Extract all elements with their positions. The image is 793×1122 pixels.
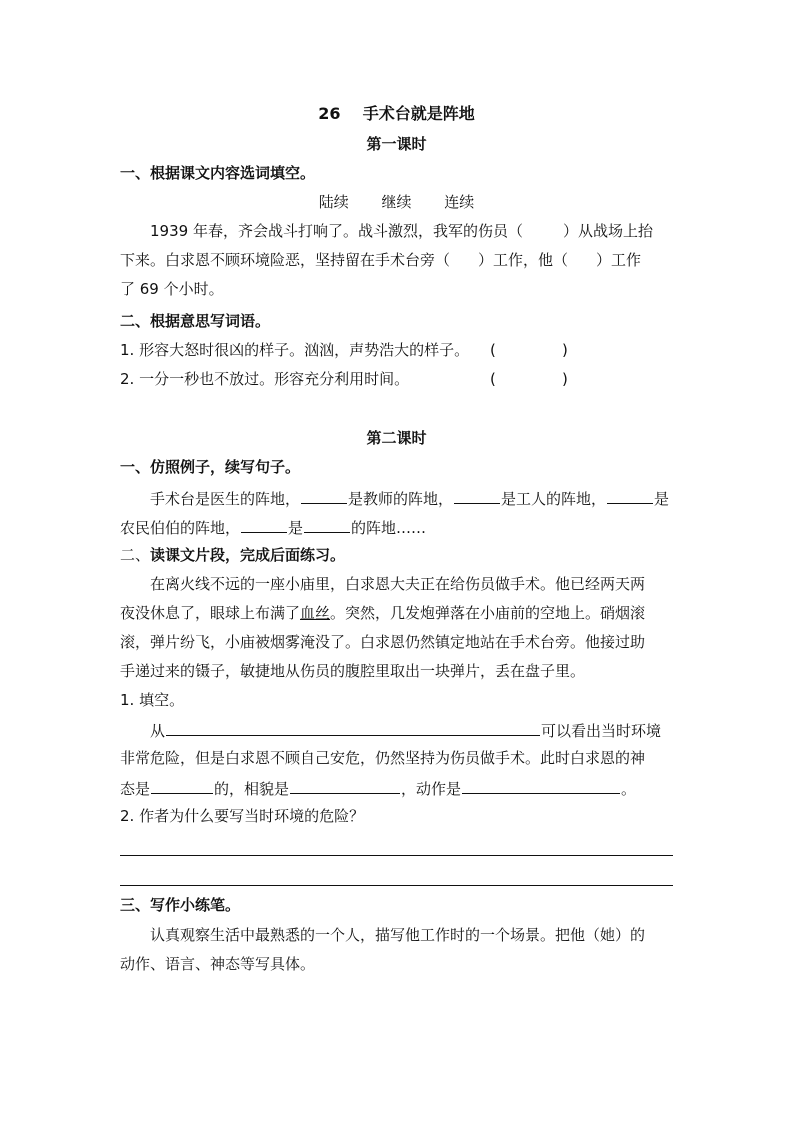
- sentence-blank-2[interactable]: [454, 487, 500, 504]
- word-bank-item: 继续: [381, 192, 411, 212]
- l2-s1-line2: 农民伯伯的阵地，是的阵地……: [120, 516, 673, 538]
- sentence-text: 的阵地……: [351, 519, 426, 537]
- section-number: 二、: [120, 546, 150, 564]
- sentence-text: 是教师的阵地，: [348, 490, 453, 508]
- q1-text: 的，相貌是: [214, 780, 289, 798]
- q1-label: 1. 填空。: [120, 690, 673, 710]
- l1-paragraph-line1: 1939 年春，齐会战斗打响了。战斗激烈，我军的伤员（）从战场上抬: [120, 221, 673, 241]
- writing-prompt-line2: 动作、语言、神态等写具体。: [120, 954, 673, 974]
- paragraph-text: ）从战场上抬: [563, 222, 653, 240]
- sentence-text: 是: [288, 519, 303, 537]
- passage-text: 夜没休息了，眼球上布满了: [120, 604, 300, 622]
- answer-close-paren: ): [562, 340, 568, 360]
- word-bank-item: 陆续: [319, 192, 349, 212]
- q1-blank-appearance[interactable]: [290, 777, 400, 794]
- l1-s2-item-2: 2. 一分一秒也不放过。形容充分利用时间。 ( ): [120, 369, 673, 389]
- q1-blank-expression[interactable]: [151, 777, 213, 794]
- q1-blank-source[interactable]: [166, 719, 540, 736]
- l1-paragraph-line2: 下来。白求恩不顾环境险恶，坚持留在手术台旁（）工作，他（）工作: [120, 250, 673, 270]
- q1-text: 。: [621, 780, 636, 798]
- sentence-text: 手术台是医生的阵地，: [150, 490, 300, 508]
- passage-line2: 夜没休息了，眼球上布满了血丝。突然，几发炮弹落在小庙前的空地上。硝烟滚: [120, 603, 673, 623]
- q2-label: 2. 作者为什么要写当时环境的危险？: [120, 806, 673, 826]
- lesson-title: 手术台就是阵地: [363, 104, 475, 123]
- answer-open-paren: (: [490, 340, 496, 360]
- q1-text: 从: [150, 722, 165, 740]
- answer-blank-2[interactable]: [502, 369, 560, 387]
- paragraph-text: ）工作: [596, 251, 641, 269]
- sentence-text: 农民伯伯的阵地，: [120, 519, 240, 537]
- paragraph-text: 1939 年春，齐会战斗打响了。战斗激烈，我军的伤员（: [150, 222, 523, 240]
- sentence-text: 是: [654, 490, 669, 508]
- lesson1-heading: 第一课时: [120, 134, 673, 154]
- q1-text: 态是: [120, 780, 150, 798]
- q1-text: 可以看出当时环境: [541, 722, 661, 740]
- paragraph-text: 下来。白求恩不顾环境险恶，坚持留在手术台旁（: [120, 251, 450, 269]
- word-bank-item: 连续: [444, 192, 474, 212]
- l2-section1-label: 一、仿照例子，续写句子。: [120, 457, 673, 477]
- l2-section2-label: 二、读课文片段，完成后面练习。: [120, 545, 673, 565]
- l2-section3-label: 三、写作小练笔。: [120, 895, 673, 915]
- q1-line3: 态是的，相貌是，动作是。: [120, 777, 673, 799]
- lesson-number: 26: [318, 104, 340, 123]
- l1-section2-label: 二、根据意思写词语。: [120, 311, 673, 331]
- answer-blank-1[interactable]: [502, 340, 560, 358]
- sentence-text: 是工人的阵地，: [501, 490, 606, 508]
- sentence-blank-4[interactable]: [241, 516, 287, 533]
- l1-paragraph-line3: 了 69 个小时。: [120, 279, 673, 299]
- answer-line-1[interactable]: [120, 855, 673, 856]
- q1-line1: 从可以看出当时环境: [120, 719, 673, 741]
- q1-blank-action[interactable]: [462, 777, 620, 794]
- sentence-blank-5[interactable]: [304, 516, 350, 533]
- passage-line1: 在离火线不远的一座小庙里，白求恩大夫正在给伤员做手术。他已经两天两: [120, 574, 673, 594]
- word-bank: 陆续 继续 连续: [120, 192, 673, 212]
- answer-open-paren: (: [490, 369, 496, 389]
- passage-line3: 滚，弹片纷飞，小庙被烟雾淹没了。白求恩仍然镇定地站在手术台旁。他接过助: [120, 632, 673, 652]
- lesson2-heading: 第二课时: [120, 428, 673, 448]
- passage-text: 。突然，几发炮弹落在小庙前的空地上。硝烟滚: [330, 604, 645, 622]
- passage-line4: 手递过来的镊子，敏捷地从伤员的腹腔里取出一块弹片，丢在盘子里。: [120, 661, 673, 681]
- item-text: 1. 形容大怒时很凶的样子。汹汹，声势浩大的样子。: [120, 341, 469, 359]
- answer-line-2[interactable]: [120, 885, 673, 886]
- underlined-phrase: 血丝: [300, 604, 330, 622]
- l1-s2-item-1: 1. 形容大怒时很凶的样子。汹汹，声势浩大的样子。 ( ): [120, 340, 673, 360]
- q1-text: ，动作是: [401, 780, 461, 798]
- l1-section1-label: 一、根据课文内容选词填空。: [120, 163, 673, 183]
- l2-s1-line1: 手术台是医生的阵地，是教师的阵地，是工人的阵地，是: [120, 487, 673, 509]
- q1-line2: 非常危险，但是白求恩不顾自己安危，仍然坚持为伤员做手术。此时白求恩的神: [120, 748, 673, 768]
- writing-prompt-line1: 认真观察生活中最熟悉的一个人，描写他工作时的一个场景。把他（她）的: [120, 925, 673, 945]
- sentence-blank-1[interactable]: [301, 487, 347, 504]
- sentence-blank-3[interactable]: [607, 487, 653, 504]
- answer-close-paren: ): [562, 369, 568, 389]
- paragraph-text: ）工作，他（: [478, 251, 568, 269]
- section-title: 读课文片段，完成后面练习。: [150, 546, 345, 564]
- page-title: 26 手术台就是阵地: [120, 104, 673, 124]
- item-text: 2. 一分一秒也不放过。形容充分利用时间。: [120, 370, 409, 388]
